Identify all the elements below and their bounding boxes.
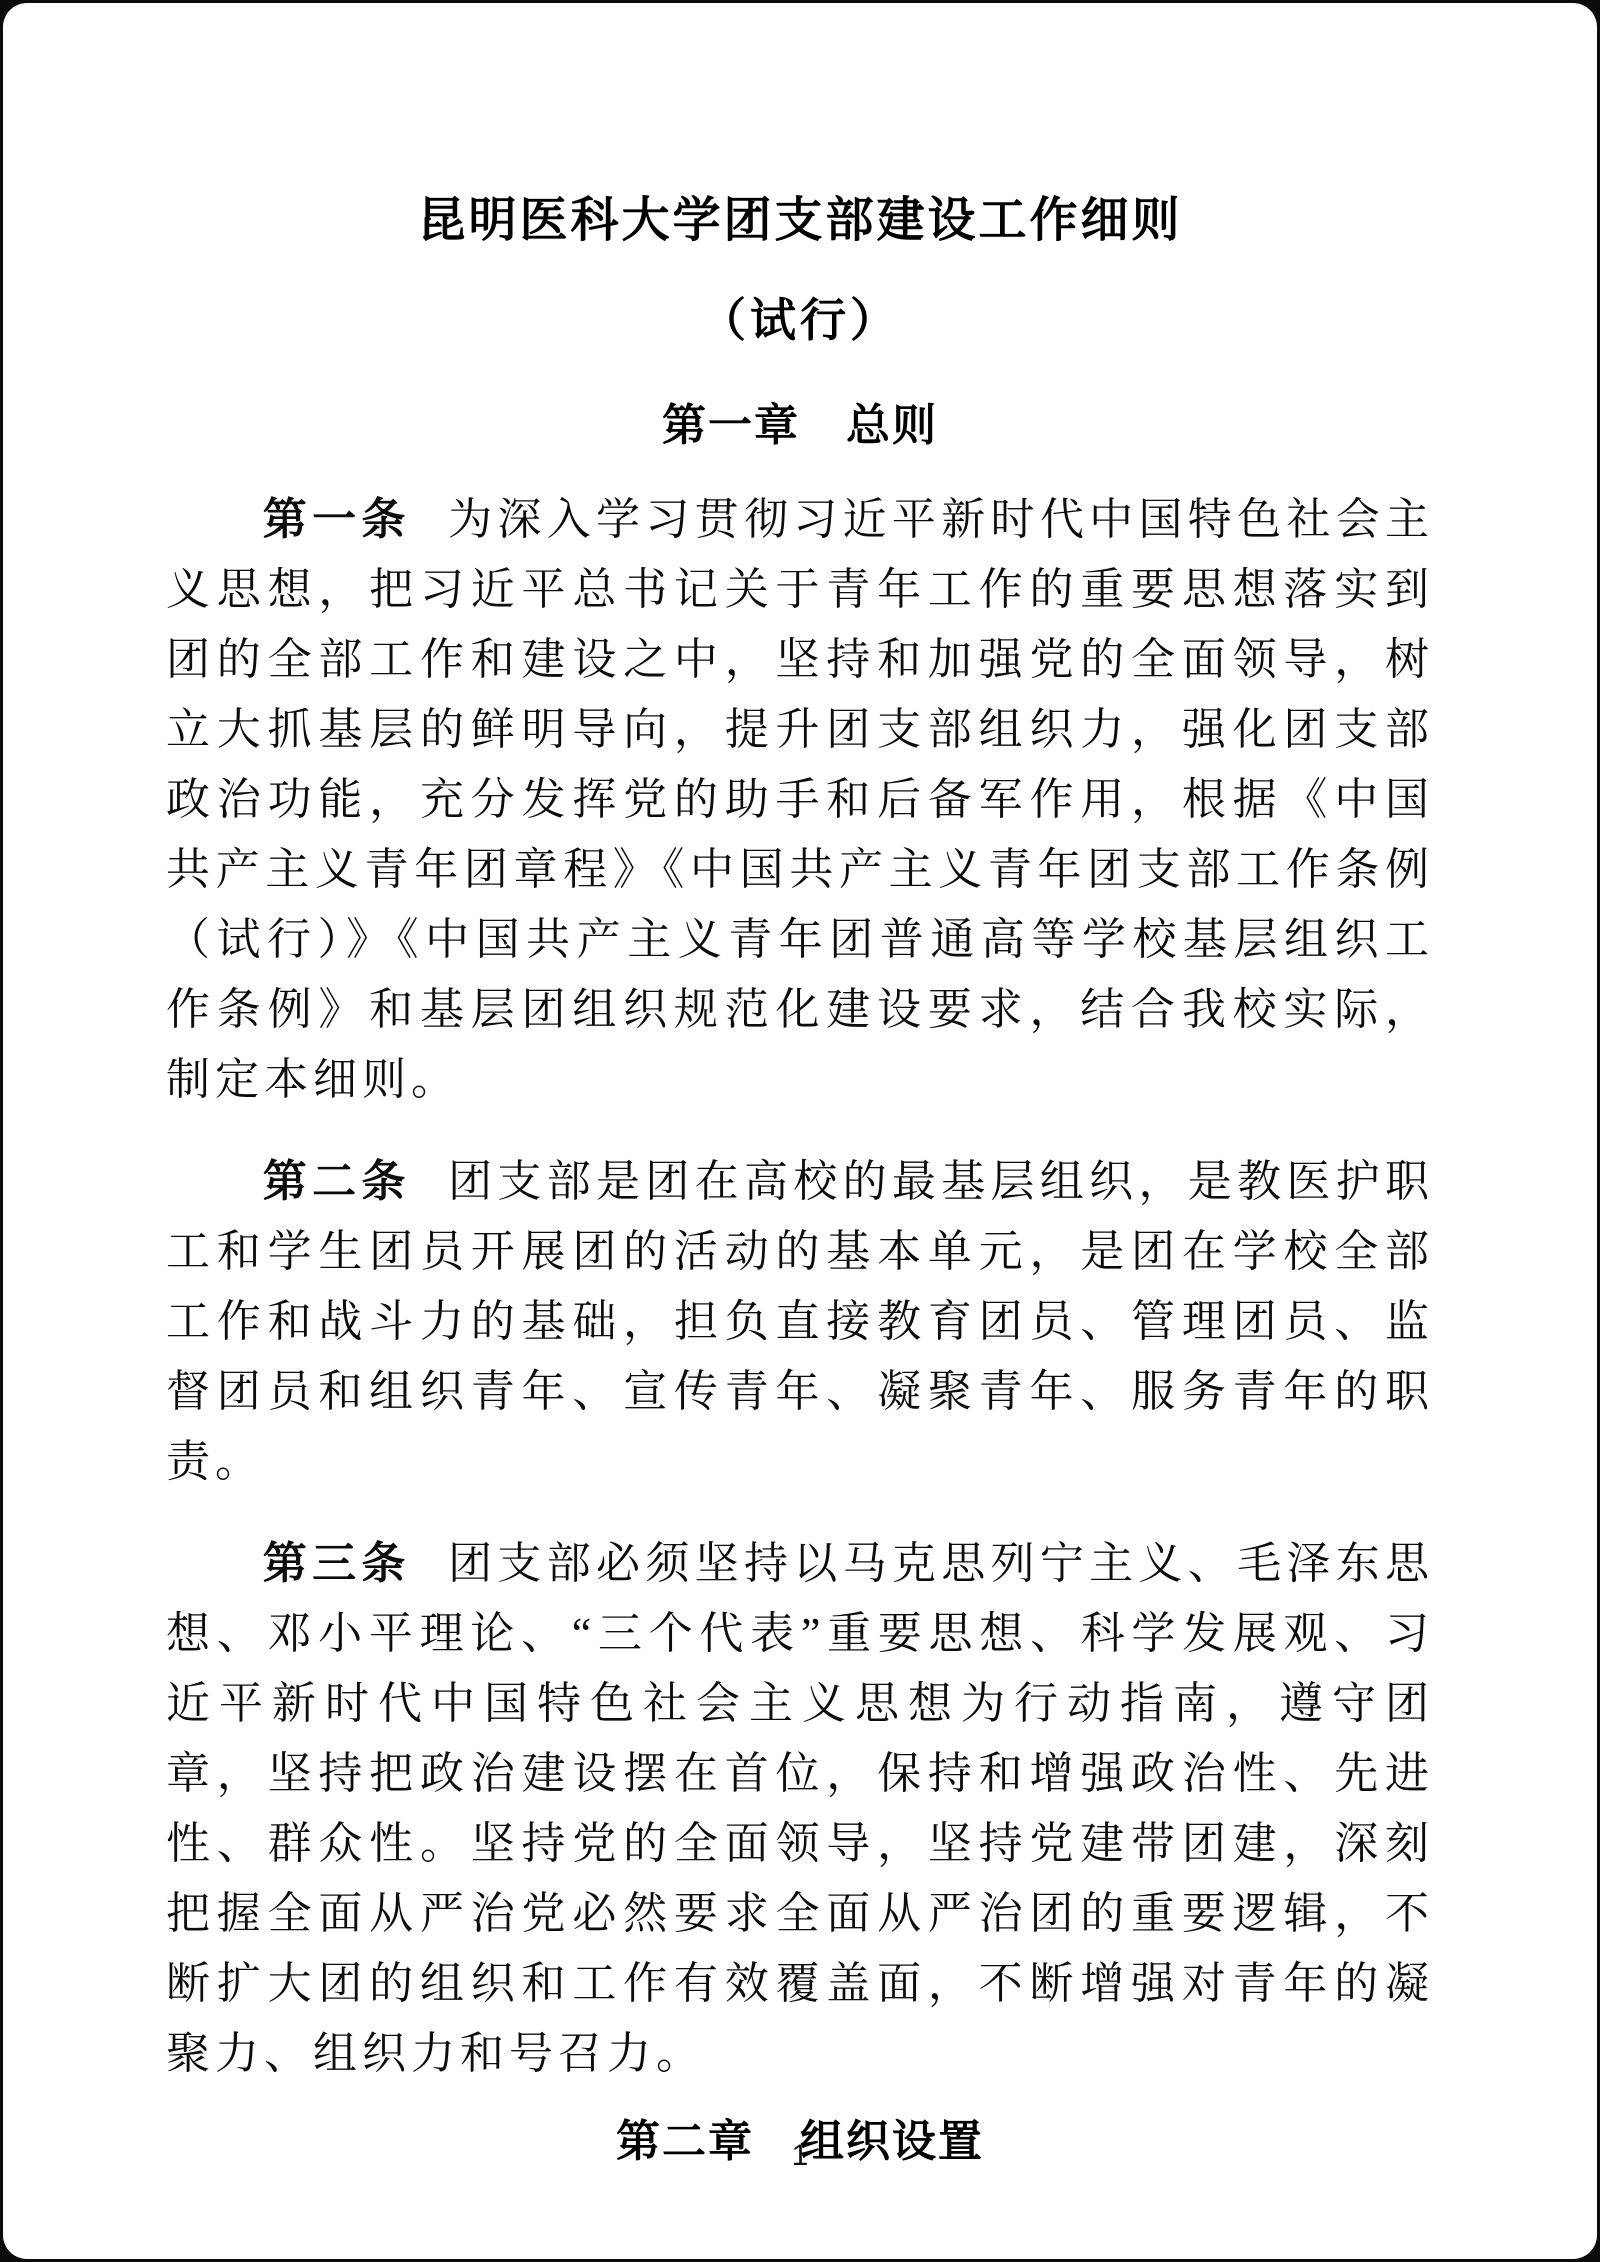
chapter-1-heading: 第一章 总则 xyxy=(166,399,1434,453)
document-content: 昆明医科大学团支部建设工作细则 （试行） 第一章 总则 第一条为深入学习贯彻习近… xyxy=(166,3,1434,2169)
article-2-label: 第二条 xyxy=(263,1157,411,1206)
article-2-text: 团支部是团在高校的最基层组织，是教医护职工和学生团员开展团的活动的基本单元，是团… xyxy=(166,1157,1434,1486)
document-title: 昆明医科大学团支部建设工作细则 xyxy=(166,191,1434,251)
article-1-label: 第一条 xyxy=(263,495,411,544)
article-2: 第二条团支部是团在高校的最基层组织，是教医护职工和学生团员开展团的活动的基本单元… xyxy=(166,1147,1434,1497)
document-page: 昆明医科大学团支部建设工作细则 （试行） 第一章 总则 第一条为深入学习贯彻习近… xyxy=(3,3,1597,2259)
article-3: 第三条团支部必须坚持以马克思列宁主义、毛泽东思想、邓小平理论、“三个代表”重要思… xyxy=(166,1529,1434,2089)
article-1: 第一条为深入学习贯彻习近平新时代中国特色社会主义思想，把习近平总书记关于青年工作… xyxy=(166,485,1434,1115)
article-3-label: 第三条 xyxy=(263,1539,411,1588)
article-1-text: 为深入学习贯彻习近平新时代中国特色社会主义思想，把习近平总书记关于青年工作的重要… xyxy=(166,495,1434,1104)
page-number: 1 xyxy=(3,2139,1597,2173)
document-subtitle: （试行） xyxy=(166,293,1434,349)
article-3-text: 团支部必须坚持以马克思列宁主义、毛泽东思想、邓小平理论、“三个代表”重要思想、科… xyxy=(166,1539,1434,2078)
